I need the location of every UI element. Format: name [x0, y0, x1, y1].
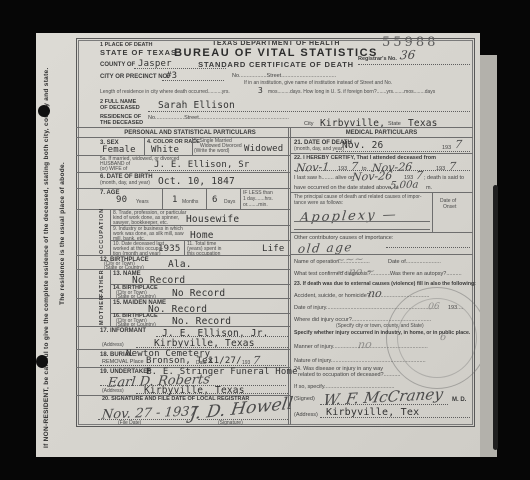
cell-line: [240, 188, 241, 209]
informant-address-label: (Address): [102, 343, 124, 348]
row-rule: [76, 255, 290, 256]
test-scrawl-hand: ~ no ~: [335, 265, 375, 277]
marital-label3: (Write the word): [194, 149, 229, 154]
row-rule: [76, 326, 290, 327]
dod-year-hand: 7: [454, 139, 462, 150]
related-label2: related to occupation of deceased?......…: [298, 373, 400, 379]
attended-from-hand: Nov-1: [295, 161, 329, 173]
undertaker-address-label: (Address): [102, 389, 124, 394]
signed-label: (Signed): [294, 397, 315, 403]
external-causes-label: 23. If death was due to external causes …: [294, 282, 476, 287]
informant-label: 17. INFORMANT: [100, 328, 146, 334]
age-months-value: 1: [172, 196, 178, 205]
stamp-mark-center: 6: [439, 333, 446, 343]
cell-line: [206, 188, 207, 209]
personal-section-title: PERSONAL AND STATISTICAL PARTICULARS: [90, 130, 290, 136]
row-rule: [290, 254, 473, 255]
age-months-label: Months: [182, 200, 198, 205]
trade-value: Housewife: [186, 215, 239, 225]
fullname-value: Sarah Ellison: [158, 101, 235, 111]
scanned-death-certificate: { "colors":{"background":"#060606","pape…: [0, 0, 530, 480]
file-date-line: [98, 419, 190, 420]
undertaker-address-line: [136, 393, 288, 394]
marital-value: Widowed: [244, 145, 283, 154]
punch-hole-top: [38, 105, 50, 117]
certificate-paper: If NON-RESIDENT, be careful to give the …: [36, 33, 480, 457]
death-said-label: ; death is said to: [424, 176, 464, 182]
cause-line1: [294, 221, 430, 222]
age-days-label: Days: [224, 200, 235, 205]
residence-length-label2: mos.........days. How long in U. S. if f…: [268, 90, 435, 95]
residence-no-street: No...................Street.............…: [148, 116, 289, 122]
age-less-label3: or........min.: [243, 203, 268, 208]
onset-box-line: [432, 192, 433, 232]
principal-cause-label2: tance were as follows:: [294, 201, 343, 206]
institution-note: If in an institution, give name of insti…: [244, 81, 392, 86]
residence-length-years: 3: [258, 87, 263, 95]
punch-hole-bottom: [36, 355, 48, 368]
medical-section-title: MEDICAL PARTICULARS: [290, 130, 473, 136]
occurred-label: have occurred on the date stated above, …: [294, 186, 399, 192]
lastsaw-hand: Nov-26: [351, 170, 393, 182]
cause-line2: [294, 229, 430, 230]
informant-address-line: [136, 347, 288, 348]
margin-note-outer: If NON-RESIDENT, be careful to give the …: [44, 61, 51, 455]
race-value: White: [151, 146, 179, 155]
page-edge-shadow: [493, 185, 498, 450]
accident-hand: no: [367, 288, 382, 299]
section-rule-bottom: [76, 137, 473, 138]
manner-hand: no: [357, 339, 372, 350]
dod-value: Nov. 26: [342, 141, 383, 151]
side-strip-line: [110, 209, 111, 255]
column-divider-b: [290, 127, 291, 425]
father-side-label: FATHER: [100, 270, 109, 297]
state-of-texas-label: STATE OF TEXAS: [100, 49, 177, 57]
street-no-labels: No..................Street..............…: [232, 74, 336, 80]
totaltime-value: Life: [262, 245, 284, 254]
residence-length-label: Length of residence in city where death …: [100, 90, 230, 95]
margin-note-inner: The residence is the usual place of abod…: [60, 125, 67, 343]
spouse-value: J. E. Ellison, Sr: [154, 161, 250, 170]
cell-line: [184, 240, 185, 255]
signature-label: (Signature): [218, 421, 243, 426]
occupation-side-label: OCCUPATION: [100, 211, 109, 254]
precinct-label: CITY OR PRECINCT NO.: [100, 74, 169, 80]
spouse-line: [148, 170, 286, 171]
physician-address-line: [320, 417, 470, 418]
county-line: [134, 68, 226, 69]
stamp-mark-top: 06: [428, 303, 440, 312]
physician-signature-line: [320, 404, 448, 405]
md-label: M. D.: [452, 397, 466, 403]
county-label: COUNTY OF: [100, 62, 135, 68]
side-strip-line: [110, 298, 111, 326]
row-rule: [290, 153, 473, 154]
time-of-death-hand: 5.00a: [389, 181, 418, 192]
precinct-line: [162, 80, 224, 81]
section-rule-top: [76, 127, 473, 128]
cell-line: [162, 188, 163, 209]
residence-label2: THE DECEASED: [100, 121, 143, 127]
cell-line: [144, 137, 145, 155]
fullname-line: [148, 111, 470, 112]
operation-scrawl-hand: ~~~: [335, 254, 364, 266]
m-label: m.: [426, 186, 432, 192]
age-years-label: Years: [136, 200, 149, 205]
row-rule: [290, 232, 473, 233]
row-rule: [290, 192, 473, 193]
burial-line: [100, 365, 286, 366]
sex-value: Female: [102, 146, 136, 155]
dob-value: Oct. 10, 1847: [158, 177, 235, 187]
lastsaw-label: I last saw h........ alive on: [294, 176, 354, 182]
autopsy-label: Was there an autopsy?..........: [390, 272, 462, 278]
informant-line: [156, 336, 288, 337]
row-rule: [76, 188, 290, 189]
fullname-label2: OF DECEASED: [100, 106, 140, 112]
row-rule: [76, 172, 290, 173]
mother-side-label: MOTHER: [100, 299, 109, 325]
dod-line: [336, 151, 470, 152]
date-of-label: Date of.......................: [388, 260, 441, 266]
dob-sub-label: (month, day, and year): [100, 181, 150, 186]
lastwork-value: 1935: [158, 245, 180, 254]
cell-line: [192, 137, 193, 155]
onset-label2: Onset: [443, 205, 456, 210]
contributory-line: [386, 247, 470, 248]
physician-address-label: (Address): [294, 413, 318, 419]
age-years-value: 90: [116, 196, 127, 205]
cause-of-death-hand: Apoplexy —: [299, 208, 398, 224]
signature-line: [198, 419, 288, 420]
file-date-label: (File Date): [118, 421, 141, 426]
age-days-value: 6: [212, 196, 218, 205]
